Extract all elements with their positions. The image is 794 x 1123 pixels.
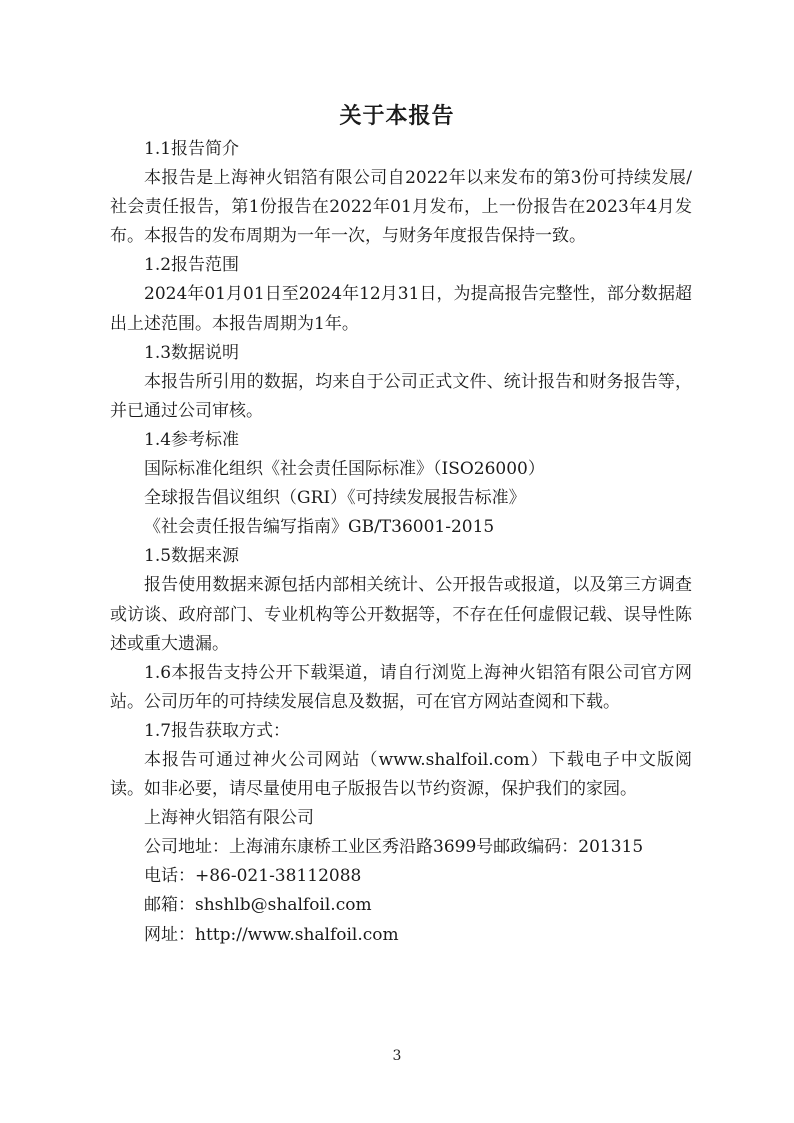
paragraph-line: 《社会责任报告编写指南》GB/T36001-2015 — [110, 513, 692, 542]
paragraph-line: 2024年01月01日至2024年12月31日，为提高报告完整性，部分数据超出上… — [110, 280, 692, 338]
paragraph-line: 1.5数据来源 — [110, 542, 692, 571]
paragraph-line: 1.4参考标准 — [110, 426, 692, 455]
paragraph-line: 1.1报告简介 — [110, 135, 692, 164]
page-title: 关于本报告 — [0, 100, 794, 132]
document-body: 1.1报告简介本报告是上海神火铝箔有限公司自2022年以来发布的第3份可持续发展… — [110, 135, 692, 950]
paragraph-line: 1.2报告范围 — [110, 251, 692, 280]
paragraph-line: 全球报告倡议组织（GRI）《可持续发展报告标准》 — [110, 484, 692, 513]
page-number: 3 — [0, 1046, 794, 1066]
paragraph-line: 上海神火铝箔有限公司 — [110, 804, 692, 833]
paragraph-line: 1.3数据说明 — [110, 339, 692, 368]
paragraph-line: 邮箱：shshlb@shalfoil.com — [110, 891, 692, 920]
paragraph-line: 本报告所引用的数据，均来自于公司正式文件、统计报告和财务报告等，并已通过公司审核… — [110, 368, 692, 426]
paragraph-line: 1.7报告获取方式： — [110, 717, 692, 746]
paragraph-line: 网址：http://www.shalfoil.com — [110, 921, 692, 950]
paragraph-line: 1.6本报告支持公开下载渠道，请自行浏览上海神火铝箔有限公司官方网站。公司历年的… — [110, 659, 692, 717]
paragraph-line: 国际标准化组织《社会责任国际标准》（ISO26000） — [110, 455, 692, 484]
paragraph-line: 电话：+86-021-38112088 — [110, 862, 692, 891]
paragraph-line: 本报告可通过神火公司网站（www.shalfoil.com）下载电子中文版阅读。… — [110, 746, 692, 804]
paragraph-line: 报告使用数据来源包括内部相关统计、公开报告或报道，以及第三方调查或访谈、政府部门… — [110, 571, 692, 658]
paragraph-line: 公司地址：上海浦东康桥工业区秀沿路3699号邮政编码：201315 — [110, 833, 692, 862]
document-page: 关于本报告 1.1报告简介本报告是上海神火铝箔有限公司自2022年以来发布的第3… — [0, 0, 794, 1123]
paragraph-line: 本报告是上海神火铝箔有限公司自2022年以来发布的第3份可持续发展/社会责任报告… — [110, 164, 692, 251]
